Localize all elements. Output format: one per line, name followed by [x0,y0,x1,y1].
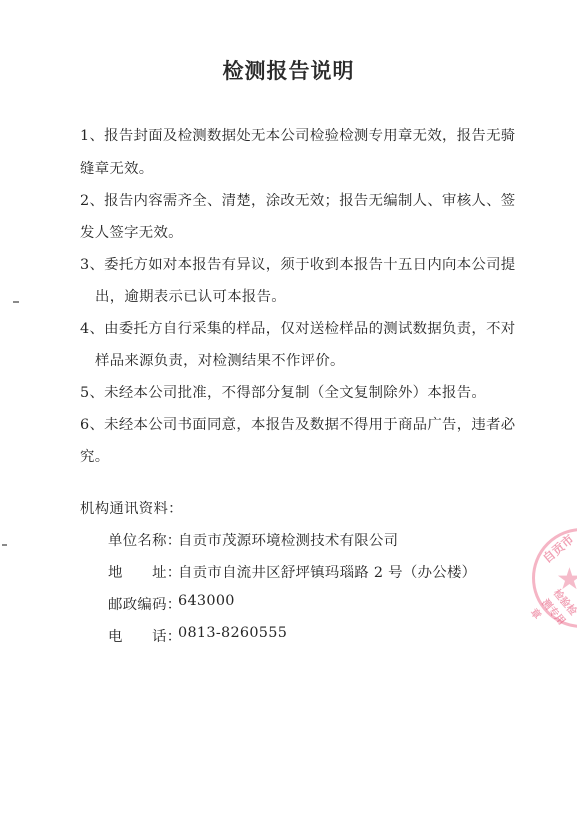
clause-4-line-2: 样品来源负责，对检测结果不作评价。 [95,349,345,370]
contact-name-label: 单位名称： [108,529,181,550]
clause-3-line-2: 出，逾期表示已认可本报告。 [95,285,286,306]
contact-address-label: 地 址： [108,561,181,582]
contact-postcode-value: 643000 [178,593,235,609]
contact-postcode-label: 邮政编码： [108,593,181,614]
scan-mark [2,544,7,546]
clause-4-line-1: 4、由委托方自行采集的样品，仅对送检样品的测试数据负责，不对 [80,317,516,338]
clause-6-line-2: 究。 [80,445,109,466]
clause-3-line-1: 3、委托方如对本报告有异议，须于收到本报告十五日内向本公司提 [80,253,516,274]
contact-phone-value: 0813-8260555 [178,625,287,641]
clause-5-line-1: 5、未经本公司批准，不得部分复制（全文复制除外）本报告。 [80,381,486,402]
clause-2-line-2: 发人签字无效。 [80,221,183,242]
contact-phone-label: 电 话： [108,625,181,646]
clause-2-line-1: 2、报告内容需齐全、清楚，涂改无效；报告无编制人、审核人、签 [80,189,516,210]
clause-6-line-1: 6、未经本公司书面同意，本报告及数据不得用于商品广告，违者必 [80,413,516,434]
document-title: 检测报告说明 [0,55,577,85]
clause-1-line-2: 缝章无效。 [80,157,153,178]
contact-heading: 机构通讯资料： [80,497,183,518]
document-page: 检测报告说明 1、报告封面及检测数据处无本公司检验检测专用章无效，报告无骑 缝章… [0,0,577,818]
scan-mark [13,301,19,303]
contact-address-value: 自贡市自流井区舒坪镇玛瑙路 2 号（办公楼） [178,561,476,582]
clause-1-line-1: 1、报告封面及检测数据处无本公司检验检测专用章无效，报告无骑 [80,124,516,145]
contact-name-value: 自贡市茂源环境检测技术有限公司 [178,529,398,550]
